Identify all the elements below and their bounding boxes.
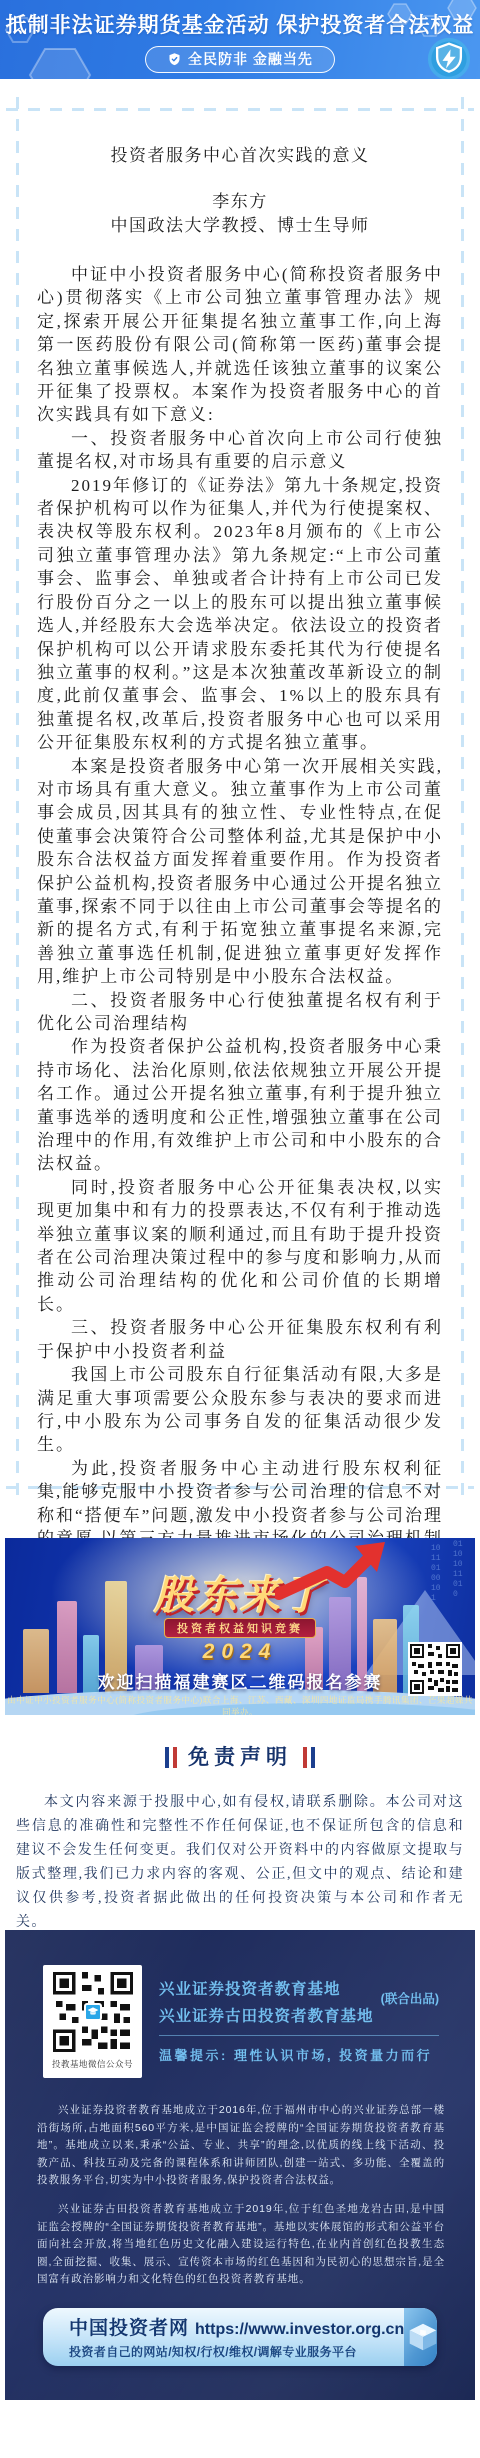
article-content: 投资者服务中心首次实践的意义 李东方 中国政法大学教授、博士生导师 中证中小投资…: [37, 79, 443, 1538]
edu-base-description-1: 兴业证券投资者教育基地成立于2016年,位于福州市中心的兴业证券总部一楼沿街场所…: [37, 2102, 445, 2190]
investor-site-banner[interactable]: 中国投资者网https://www.investor.org.cn 投资者自己的…: [43, 2308, 437, 2366]
article-paragraph: 三、投资者服务中心公开征集股东权利有利于保护中小投资者利益: [37, 1316, 443, 1363]
shield-check-icon: [167, 52, 182, 67]
banner-badge-label: 全民防非 金融当先: [188, 49, 313, 69]
article-paragraph: 中证中小投资者服务中心(简称投资者服务中心)贯彻落实《上市公司独立董事管理办法》…: [37, 263, 443, 427]
dashed-border-right: [461, 97, 464, 1501]
article-paragraph: 本案是投资者服务中心第一次开展相关实践,对市场具有重大意义。独立董事作为上市公司…: [37, 755, 443, 989]
graduation-cap-icon: [84, 2003, 102, 2021]
anti-fraud-banner: 抵制非法证券期货基金活动 保护投资者合法权益 全民防非 金融当先: [0, 0, 480, 79]
banner-badge: 全民防非 金融当先: [145, 46, 335, 73]
contest-year: 2024: [5, 1640, 475, 1664]
edu-card-header: 投教基地微信公众号 兴业证券投资者教育基地 兴业证券古田投资者教育基地 (联合出…: [5, 1930, 475, 2078]
contest-logo-subtitle: 投资者权益知识竞赛: [164, 1618, 316, 1638]
investor-education-card: 投教基地微信公众号 兴业证券投资者教育基地 兴业证券古田投资者教育基地 (联合出…: [5, 1930, 475, 2400]
edu-tip-text: 温馨提示: 理性认识市场, 投资量力而行: [159, 2045, 439, 2064]
article-paragraph: 一、投资者服务中心首次向上市公司行使独董提名权,对市场具有重要的启示意义: [37, 427, 443, 474]
qr-caption: 投教基地微信公众号: [43, 2058, 142, 2070]
divider: [159, 2035, 439, 2036]
article-title: 投资者服务中心首次实践的意义: [37, 143, 443, 169]
investor-site-name: 中国投资者网: [69, 2318, 189, 2339]
wechat-qr-code-icon[interactable]: 投教基地微信公众号: [43, 1965, 142, 2078]
bar-decoration: [311, 1747, 315, 1768]
article-paragraph: 2019年修订的《证券法》第九十条规定,投资者保护机构可以作为征集人,并代为行使…: [37, 474, 443, 755]
growth-arrow-icon: [275, 1542, 385, 1602]
investor-site-text: 中国投资者网https://www.investor.org.cn 投资者自己的…: [43, 2308, 404, 2366]
contest-cta-text: 欢迎扫描福建赛区二维码报名参赛: [5, 1668, 475, 1693]
disclaimer-text: 本文内容来源于投服中心,如有侵权,请联系删除。本公司对这些信息的准确性和完整性不…: [16, 1791, 464, 1935]
shield-lightning-icon: [426, 36, 472, 79]
article-author-affiliation: 中国政法大学教授、博士生导师: [37, 214, 443, 238]
article-section: 投资者服务中心首次实践的意义 李东方 中国政法大学教授、博士生导师 中证中小投资…: [0, 79, 480, 1538]
edu-base-name-2: 兴业证券古田投资者教育基地: [159, 2003, 439, 2030]
contest-logo-title: 股东来了: [5, 1564, 475, 1621]
disclaimer-title: 免责声明: [188, 1745, 292, 1769]
investor-site-tagline: 投资者自己的网站/知权/行权/维权/调解专业服务平台: [69, 2343, 404, 2360]
contest-organizer-note: 由中证中小投资者服务中心(简称投资者服务中心)联合上海、江苏、西藏、深圳四地证监…: [5, 1694, 475, 1715]
article-paragraphs: 中证中小投资者服务中心(简称投资者服务中心)贯彻落实《上市公司独立董事管理办法》…: [37, 263, 443, 1538]
investor-site-logo-icon: [404, 2308, 437, 2366]
disclaimer-section: 免责声明 本文内容来源于投服中心,如有侵权,请联系删除。本公司对这些信息的准确性…: [0, 1715, 480, 1930]
bar-decoration: [165, 1747, 169, 1768]
contest-qr-code-icon[interactable]: [408, 1642, 462, 1696]
edu-base-names: 兴业证券投资者教育基地 兴业证券古田投资者教育基地 (联合出品) 温馨提示: 理…: [142, 1965, 439, 2078]
edu-base-description-2: 兴业证券古田投资者教育基地成立于2019年,位于红色圣地龙岩古田,是中国证监会授…: [37, 2201, 445, 2289]
bar-decoration: [303, 1747, 307, 1768]
article-author: 李东方: [37, 190, 443, 214]
disclaimer-heading: 免责声明: [0, 1715, 480, 1771]
article-paragraph: 我国上市公司股东自行征集活动有限,大多是满足重大事项需要公众股东参与表决的要求而…: [37, 1363, 443, 1457]
contest-promo-banner[interactable]: 10110100101 01101011010 股东来了 投资者权益知识竞赛 2…: [5, 1538, 475, 1715]
article-paragraph: 为此,投资者服务中心主动进行股东权利征集,能够克服中小投资者参与公司治理的信息不…: [37, 1457, 443, 1538]
joint-production-label: (联合出品): [381, 1989, 439, 2007]
banner-title: 抵制非法证券期货基金活动 保护投资者合法权益: [0, 0, 480, 39]
bar-decoration: [173, 1747, 177, 1768]
wechat-article-page: 抵制非法证券期货基金活动 保护投资者合法权益 全民防非 金融当先 投资者服务中心…: [0, 0, 480, 2458]
dashed-border-left: [16, 97, 19, 1501]
article-paragraph: 作为投资者保护公益机构,投资者服务中心秉持市场化、法治化原则,依法依规独立开展公…: [37, 1035, 443, 1175]
investor-site-url: https://www.investor.org.cn: [195, 2321, 404, 2338]
article-paragraph: 二、投资者服务中心行使独董提名权有利于优化公司治理结构: [37, 989, 443, 1036]
article-paragraph: 同时,投资者服务中心公开征集表决权,以实现更加集中和有力的投票表达,不仅有利于推…: [37, 1176, 443, 1316]
